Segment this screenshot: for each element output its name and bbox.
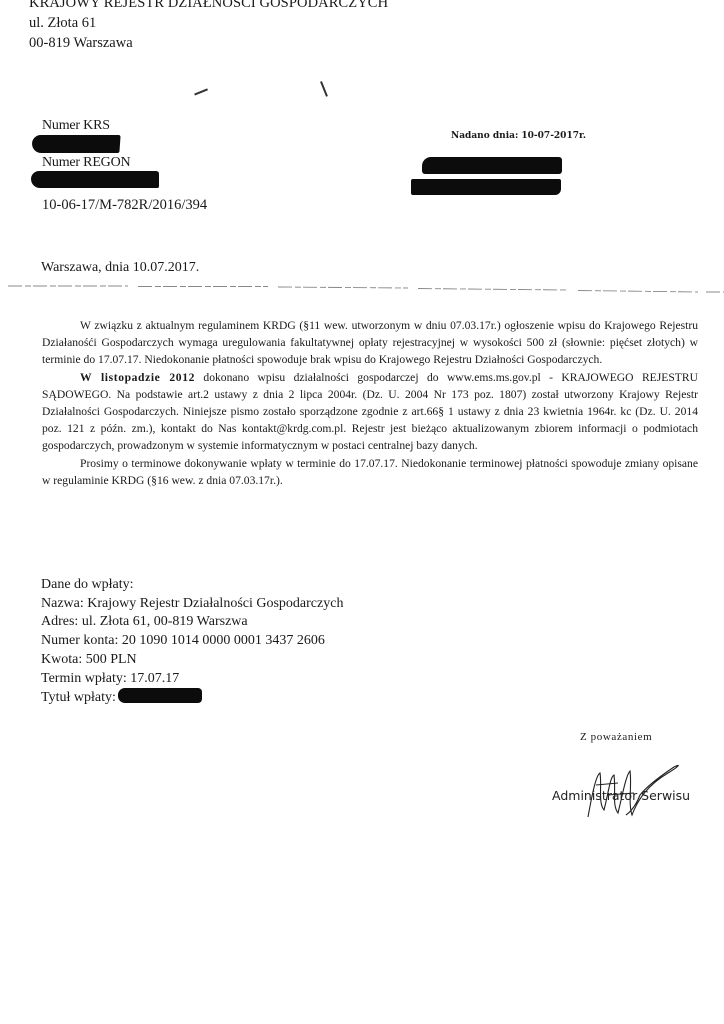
scan-mark xyxy=(320,81,327,96)
redaction-recipient-line1 xyxy=(422,157,562,174)
redaction-krs-number xyxy=(31,135,120,153)
sender-street: ul. Złota 61 xyxy=(29,13,96,33)
payment-details: Dane do wpłaty: Nazwa: Krajowy Rejestr D… xyxy=(41,576,343,708)
dashed-separator xyxy=(8,281,724,295)
krs-label: Numer KRS xyxy=(42,118,110,134)
signatory-title: Administrator Serwisu xyxy=(552,788,690,803)
issued-date: Nadano dnia: 10-07-2017r. xyxy=(451,131,586,141)
scanned-letter: KRAJOWY REJESTR DZIAŁNOŚCI GOSPODARCZYCH… xyxy=(0,0,724,1024)
paragraph-2: W listopadzie 2012 dokonano wpisu działa… xyxy=(42,369,698,455)
payment-title-label: Tytuł wpłaty: xyxy=(41,690,116,705)
redaction-payment-title xyxy=(118,688,202,703)
payment-address: Adres: ul. Złota 61, 00-819 Warszwa xyxy=(41,613,343,632)
paragraph-2-bold: W listopadzie 2012 xyxy=(80,371,195,384)
letter-body: W związku z aktualnym regulaminem KRDG (… xyxy=(42,317,698,489)
scan-mark xyxy=(194,88,208,95)
reference-number: 10-06-17/M-782R/2016/394 xyxy=(42,197,207,214)
paragraph-3: Prosimy o terminowe dokonywanie wpłaty w… xyxy=(42,455,698,489)
payment-amount: Kwota: 500 PLN xyxy=(41,651,343,670)
payment-account: Numer konta: 20 1090 1014 0000 0001 3437… xyxy=(41,632,343,651)
payment-heading: Dane do wpłaty: xyxy=(41,576,343,595)
payment-name: Nazwa: Krajowy Rejestr Działalności Gosp… xyxy=(41,595,343,614)
sender-name: KRAJOWY REJESTR DZIAŁNOŚCI GOSPODARCZYCH xyxy=(29,0,388,13)
regon-label: Numer REGON xyxy=(42,155,130,171)
redaction-recipient-line2 xyxy=(411,179,561,195)
payment-title-row: Tytuł wpłaty: xyxy=(41,688,343,708)
place-and-date: Warszawa, dnia 10.07.2017. xyxy=(41,260,199,276)
closing-regards: Z poważaniem xyxy=(580,731,652,743)
payment-deadline: Termin wpłaty: 17.07.17 xyxy=(41,670,343,689)
redaction-regon-number xyxy=(31,171,159,188)
sender-city: 00-819 Warszawa xyxy=(29,33,133,53)
paragraph-1: W związku z aktualnym regulaminem KRDG (… xyxy=(42,317,698,369)
